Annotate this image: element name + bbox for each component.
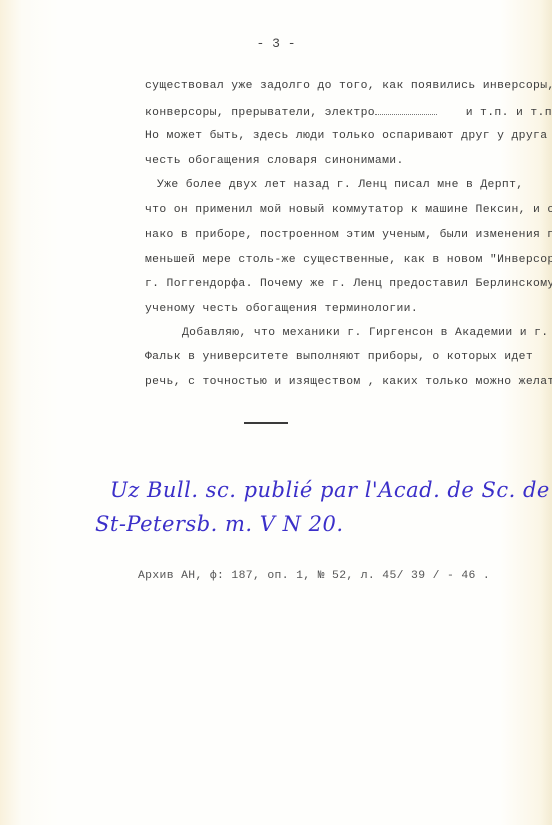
- handwritten-line: St-Petersb. m. V N 20.: [95, 512, 344, 536]
- text-fragment: и т.п. и т.п.: [466, 107, 552, 119]
- text-line: честь обогащения словаря синонимами.: [145, 155, 404, 167]
- archive-reference: Архив АН, ф: 187, оп. 1, № 52, л. 45/ 39…: [138, 570, 490, 582]
- text-line: ученому честь обогащения терминологии.: [145, 303, 418, 315]
- text-line: что он применил мой новый коммутатор к м…: [145, 204, 552, 216]
- text-line: Фальк в университете выполняют приборы, …: [145, 351, 533, 363]
- text-line: меньшей мере столь-же существенные, как …: [145, 254, 552, 266]
- page-number: - 3 -: [0, 36, 552, 51]
- text-fragment: конверсоры, прерыватели, электро: [145, 107, 375, 119]
- text-line: конверсоры, прерыватели, электро и т.п. …: [145, 105, 552, 119]
- text-line: существовал уже задолго до того, как поя…: [145, 80, 552, 92]
- blank-line: [375, 105, 437, 115]
- text-line: Но может быть, здесь люди только оспарив…: [145, 130, 547, 142]
- text-line: нако в приборе, построенном этим ученым,…: [145, 229, 552, 241]
- handwritten-line: Uz Bull. sc. publié par l'Acad. de Sc. d…: [110, 478, 550, 502]
- text-line: Уже более двух лет назад г. Ленц писал м…: [157, 179, 523, 191]
- section-divider: [244, 422, 288, 424]
- text-line: г. Поггендорфа. Почему же г. Ленц предос…: [145, 278, 552, 290]
- text-line: речь, с точностью и изяществом , каких т…: [145, 376, 552, 388]
- text-line: Добавляю, что механики г. Гиргенсон в Ак…: [182, 327, 548, 339]
- document-page: - 3 - существовал уже задолго до того, к…: [0, 0, 552, 825]
